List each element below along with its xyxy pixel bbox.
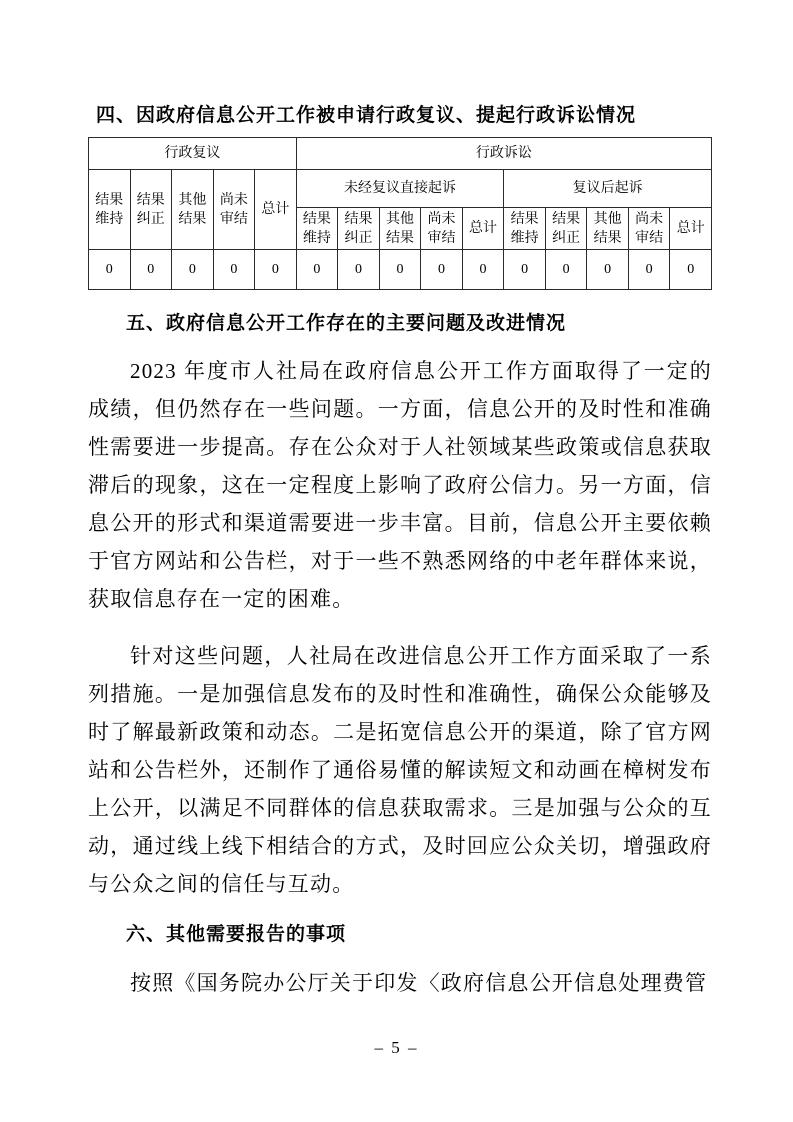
column-header: 总计 — [255, 170, 297, 250]
value-cell: 0 — [545, 250, 587, 290]
value-cell: 0 — [504, 250, 546, 290]
column-header: 尚未 审结 — [421, 208, 463, 250]
column-header: 结果 纠正 — [130, 170, 172, 250]
subgroup-header-post-review-litigation: 复议后起诉 — [504, 170, 712, 208]
value-cell: 0 — [255, 250, 297, 290]
column-header: 总计 — [462, 208, 504, 250]
column-header: 其他 结果 — [379, 208, 421, 250]
column-header: 总计 — [670, 208, 712, 250]
group-header-administrative-review: 行政复议 — [89, 138, 297, 170]
column-header: 结果 维持 — [504, 208, 546, 250]
section6-heading: 六、其他需要报告的事项 — [88, 922, 712, 948]
section5-heading: 五、政府信息公开工作存在的主要问题及改进情况 — [88, 311, 712, 337]
table-row-subgroups: 结果 维持 结果 纠正 其他 结果 尚未 审结 总计 未经复议直接起诉 复议后起… — [89, 170, 712, 208]
column-header: 其他 结果 — [172, 170, 214, 250]
column-header: 结果 纠正 — [338, 208, 380, 250]
value-cell: 0 — [670, 250, 712, 290]
column-header: 其他 结果 — [587, 208, 629, 250]
value-cell: 0 — [628, 250, 670, 290]
body-paragraph: 针对这些问题，人社局在改进信息公开工作方面采取了一系列措施。一是加强信息发布的及… — [88, 637, 712, 903]
body-paragraph: 按照《国务院办公厅关于印发〈政府信息公开信息处理费管 — [88, 964, 712, 1002]
value-cell: 0 — [130, 250, 172, 290]
value-cell: 0 — [587, 250, 629, 290]
body-paragraph: 2023 年度市人社局在政府信息公开工作方面取得了一定的成绩，但仍然存在一些问题… — [88, 352, 712, 618]
column-header: 结果 维持 — [89, 170, 131, 250]
column-header: 尚未 审结 — [213, 170, 255, 250]
value-cell: 0 — [172, 250, 214, 290]
table-row-groups: 行政复议 行政诉讼 — [89, 138, 712, 170]
value-cell: 0 — [462, 250, 504, 290]
document-page: 四、因政府信息公开工作被申请行政复议、提起行政诉讼情况 行政复议 行政诉讼 结果… — [0, 0, 793, 1122]
value-cell: 0 — [379, 250, 421, 290]
page-number: – 5 – — [0, 1038, 793, 1058]
review-litigation-table: 行政复议 行政诉讼 结果 维持 结果 纠正 其他 结果 尚未 审结 总计 未经复… — [88, 137, 712, 290]
value-cell: 0 — [421, 250, 463, 290]
group-header-administrative-litigation: 行政诉讼 — [296, 138, 711, 170]
value-cell: 0 — [338, 250, 380, 290]
table-row-values: 0 0 0 0 0 0 0 0 0 0 0 0 0 0 0 — [89, 250, 712, 290]
value-cell: 0 — [296, 250, 338, 290]
subgroup-header-direct-litigation: 未经复议直接起诉 — [296, 170, 504, 208]
column-header: 结果 纠正 — [545, 208, 587, 250]
section4-heading: 四、因政府信息公开工作被申请行政复议、提起行政诉讼情况 — [96, 103, 712, 129]
value-cell: 0 — [213, 250, 255, 290]
column-header: 尚未 审结 — [628, 208, 670, 250]
value-cell: 0 — [89, 250, 131, 290]
column-header: 结果 维持 — [296, 208, 338, 250]
